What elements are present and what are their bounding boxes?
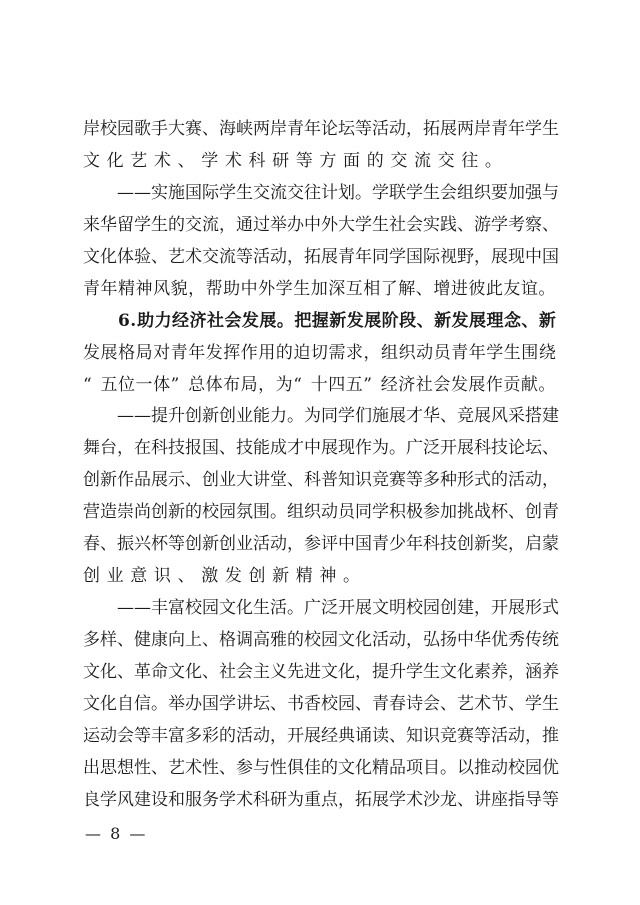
- text-line: 岸校园歌手大赛、海峡两岸青年论坛等活动，拓展两岸青年学生: [83, 114, 556, 146]
- text-line: 营造崇尚创新的校园氛围。组织动员同学积极参加挑战杯、创青: [83, 497, 556, 529]
- text-line: ——丰富校园文化生活。广泛开展文明校园创建，开展形式: [83, 593, 556, 625]
- text-line: 舞台，在科技报国、技能成才中展现作为。广泛开展科技论坛、: [83, 433, 556, 465]
- text-line: 来华留学生的交流，通过举办中外大学生社会实践、游学考察、: [83, 210, 556, 242]
- text-line: 良学风建设和服务学术科研为重点，拓展学术沙龙、讲座指导等: [83, 785, 556, 817]
- text-line: 文化艺术、学术科研等方面的交流交往。: [83, 146, 556, 178]
- text-line: 文化体验、艺术交流等活动，拓展青年同学国际视野，展现中国: [83, 242, 556, 274]
- text-line: 文化自信。举办国学讲坛、书香校园、青春诗会、艺术节、学生: [83, 689, 556, 721]
- text-line: 文化、革命文化、社会主义先进文化，提升学生文化素养，涵养: [83, 657, 556, 689]
- section-heading-line: 6. 助力经济社会发展。把握新发展阶段、新发展理念、新: [83, 306, 556, 338]
- text-line: “五位一体”总体布局，为“十四五”经济社会发展作贡献。: [83, 370, 556, 402]
- text-line: 创新作品展示、创业大讲堂、科普知识竞赛等多种形式的活动，: [83, 465, 556, 497]
- text-line: 春、振兴杯等创新创业活动，参评中国青少年科技创新奖，启蒙: [83, 529, 556, 561]
- text-line: ——实施国际学生交流交往计划。学联学生会组织要加强与: [83, 178, 556, 210]
- text-line: 多样、健康向上、格调高雅的校园文化活动，弘扬中华优秀传统: [83, 625, 556, 657]
- text-line: 出思想性、艺术性、参与性俱佳的文化精品项目。以推动校园优: [83, 753, 556, 785]
- text-line: 青年精神风貌，帮助中外学生加深互相了解、增进彼此友谊。: [83, 274, 556, 306]
- body-text: 岸校园歌手大赛、海峡两岸青年论坛等活动，拓展两岸青年学生 文化艺术、学术科研等方…: [83, 114, 556, 817]
- text-line: ——提升创新创业能力。为同学们施展才华、竞展风采搭建: [83, 401, 556, 433]
- text-line: 创业意识、激发创新精神。: [83, 561, 556, 593]
- text-line: 发展格局对青年发挥作用的迫切需求，组织动员青年学生围绕: [83, 338, 556, 370]
- text-line: 运动会等丰富多彩的活动，开展经典诵读、知识竞赛等活动，推: [83, 721, 556, 753]
- document-page: 岸校园歌手大赛、海峡两岸青年论坛等活动，拓展两岸青年学生 文化艺术、学术科研等方…: [0, 0, 640, 905]
- page-number: — 8 —: [85, 822, 147, 846]
